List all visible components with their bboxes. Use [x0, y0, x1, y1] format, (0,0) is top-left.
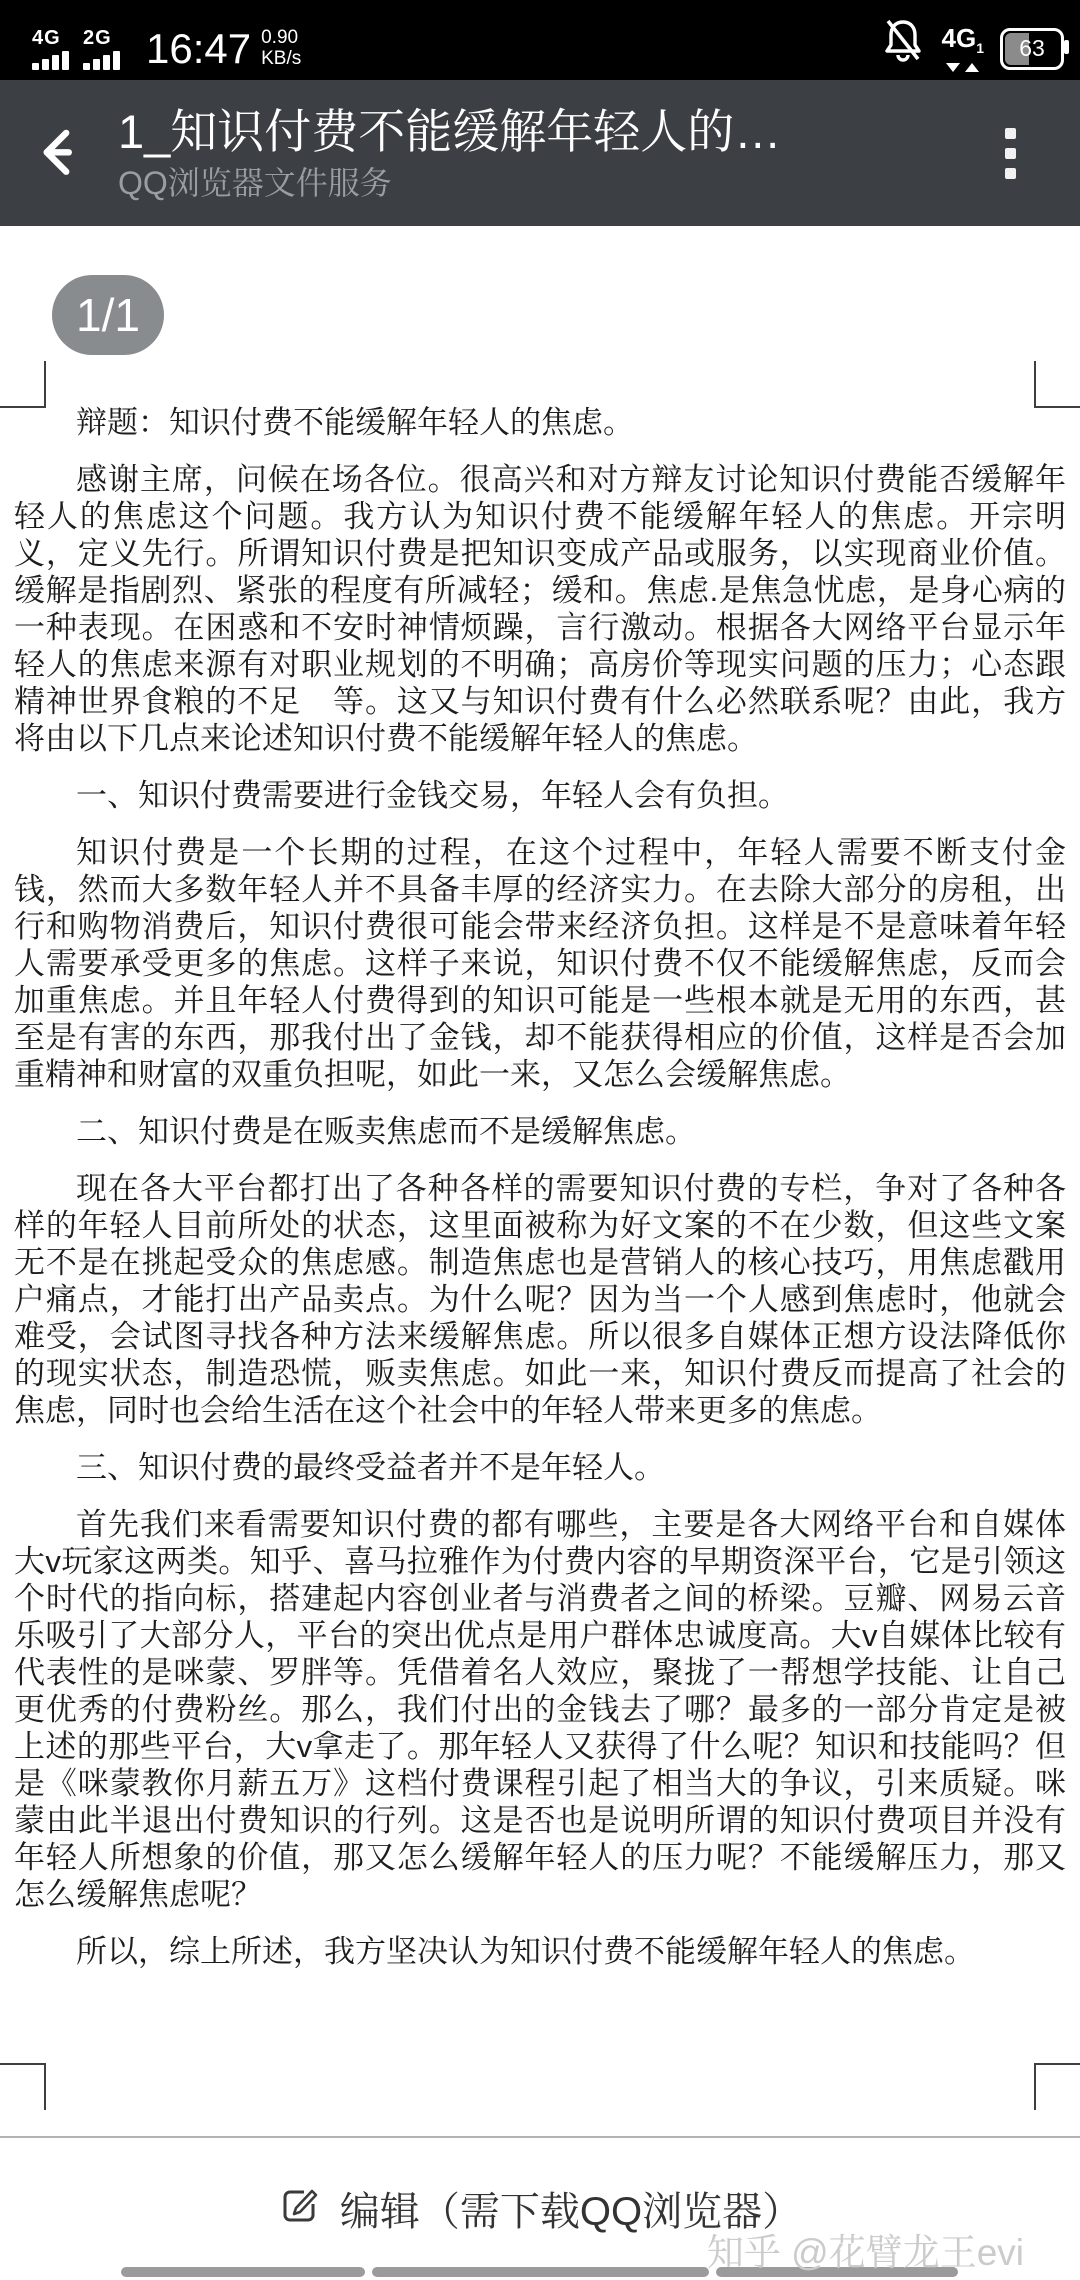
signal-2g-icon: 2G: [83, 28, 120, 70]
mobile-data-icon: 4G1: [942, 25, 984, 72]
page-progress-bar: [372, 2267, 709, 2277]
section-heading-3: 三、知识付费的最终受益者并不是年轻人。: [14, 1449, 1066, 1486]
paragraph-argument-2: 现在各大平台都打出了各种各样的需要知识付费的专栏，争对了各种各样的年轻人目前所处…: [14, 1170, 1066, 1429]
network-sub: 1: [976, 40, 984, 56]
screen: 4G 2G 16:47 0.90 KB/s 4G1: [0, 0, 1080, 2280]
arrow-left-icon: [30, 120, 92, 187]
network-speed: 0.90 KB/s: [261, 27, 301, 69]
app-header: 1_知识付费不能缓解年轻人的… QQ浏览器文件服务: [0, 80, 1080, 226]
battery-indicator: 63: [1000, 28, 1064, 70]
clock: 16:47: [146, 28, 251, 70]
paragraph-argument-3: 首先我们来看需要知识付费的都有哪些，主要是各大网络平台和自媒体大v玩家这两类。知…: [14, 1506, 1066, 1913]
page-indicator-badge: 1/1: [52, 275, 164, 355]
section-heading-1: 一、知识付费需要进行金钱交易，年轻人会有负担。: [14, 777, 1066, 814]
status-bar: 4G 2G 16:47 0.90 KB/s 4G1: [0, 0, 1080, 80]
header-titles: 1_知识付费不能缓解年轻人的… QQ浏览器文件服务: [118, 104, 995, 202]
page-corner-mark-bottom-left: [0, 2063, 46, 2110]
page-corner-mark-bottom-right: [1034, 2063, 1080, 2110]
paragraph-opening: 感谢主席，问候在场各位。很高兴和对方辩友讨论知识付费能否缓解年轻人的焦虑这个问题…: [14, 461, 1066, 757]
network-speed-value: 0.90: [261, 27, 301, 48]
back-button[interactable]: [26, 118, 96, 188]
kebab-menu-icon: [1005, 128, 1016, 179]
page-corner-mark-top-left: [0, 361, 46, 408]
page-subtitle: QQ浏览器文件服务: [118, 164, 995, 202]
data-arrows-icon: [946, 63, 979, 72]
document-viewer[interactable]: 1/1 辩题：知识付费不能缓解年轻人的焦虑。 感谢主席，问候在场各位。很高兴和对…: [0, 226, 1080, 2136]
document-text: 辩题：知识付费不能缓解年轻人的焦虑。 感谢主席，问候在场各位。很高兴和对方辩友讨…: [0, 404, 1080, 1990]
sim2-label: 2G: [83, 28, 112, 48]
network-speed-unit: KB/s: [261, 48, 301, 69]
status-bar-right: 4G1 63: [880, 15, 1064, 70]
overflow-menu-button[interactable]: [995, 118, 1026, 189]
signal-4g-icon: 4G: [32, 28, 69, 70]
page-progress-bar: [121, 2267, 365, 2277]
network-type: 4G: [942, 23, 977, 53]
bottom-bar: 编辑（需下载QQ浏览器） 知乎 @花臂龙王evi: [0, 2138, 1080, 2280]
signal-bars-icon: [83, 51, 120, 70]
edit-icon: [278, 2184, 322, 2233]
paragraph-argument-1: 知识付费是一个长期的过程，在这个过程中，年轻人需要不断支付金钱，然而大多数年轻人…: [14, 834, 1066, 1093]
paragraph-conclusion: 所以，综上所述，我方坚决认为知识付费不能缓解年轻人的焦虑。: [14, 1933, 1066, 1970]
section-heading-2: 二、知识付费是在贩卖焦虑而不是缓解焦虑。: [14, 1113, 1066, 1150]
notifications-off-icon: [880, 15, 926, 70]
page-title: 1_知识付费不能缓解年轻人的…: [118, 104, 995, 160]
signal-bars-icon: [32, 51, 69, 70]
page-corner-mark-top-right: [1034, 361, 1080, 408]
paragraph-debate-topic: 辩题：知识付费不能缓解年轻人的焦虑。: [14, 404, 1066, 441]
sim1-label: 4G: [32, 28, 61, 48]
battery-percent: 63: [1003, 35, 1061, 62]
watermark: 知乎 @花臂龙王evi: [707, 2222, 1024, 2276]
